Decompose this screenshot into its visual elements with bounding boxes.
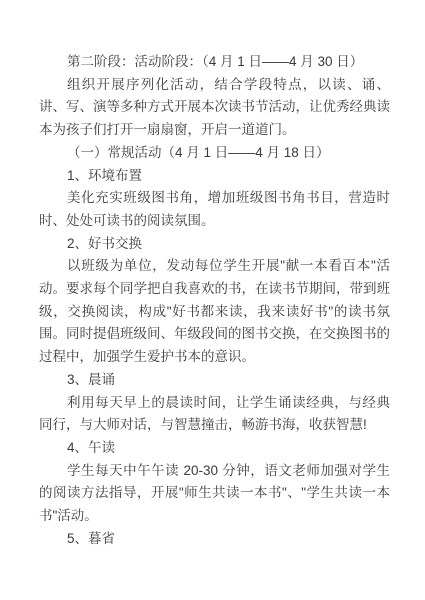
- item5-evening-reflection-heading: 5、暮省: [39, 528, 390, 551]
- item1-environment-heading: 1、环境布置: [39, 165, 390, 188]
- item4-noon-reading-body: 学生每天中午午读 20-30 分钟，语文老师加强对学生的阅读方法指导，开展"师生…: [39, 460, 390, 528]
- item2-book-exchange-body: 以班级为单位，发动每位学生开展"献一本看百本"活动。要求每个同学把自我喜欢的书，…: [39, 255, 390, 369]
- item4-noon-reading-heading: 4、午读: [39, 437, 390, 460]
- item3-morning-reading-heading: 3、晨诵: [39, 369, 390, 392]
- item3-morning-reading-body: 利用每天早上的晨读时间，让学生诵读经典，与经典同行，与大师对话，与智慧撞击，畅游…: [39, 392, 390, 437]
- item1-environment-body: 美化充实班级图书角，增加班级图书角书目，营造时时、处处可读书的阅读氛围。: [39, 187, 390, 232]
- phase2-intro-paragraph: 组织开展序列化活动，结合学段特点，以读、诵、讲、写、演等多种方式开展本次读书节活…: [39, 74, 390, 142]
- item2-book-exchange-heading: 2、好书交换: [39, 233, 390, 256]
- section-regular-activities-heading: （一）常规活动（4 月 1 日——4 月 18 日）: [39, 142, 390, 165]
- phase2-heading: 第二阶段：活动阶段：（4 月 1 日——4 月 30 日）: [39, 51, 390, 74]
- document-page: 第二阶段：活动阶段：（4 月 1 日——4 月 30 日） 组织开展序列化活动，…: [0, 0, 425, 600]
